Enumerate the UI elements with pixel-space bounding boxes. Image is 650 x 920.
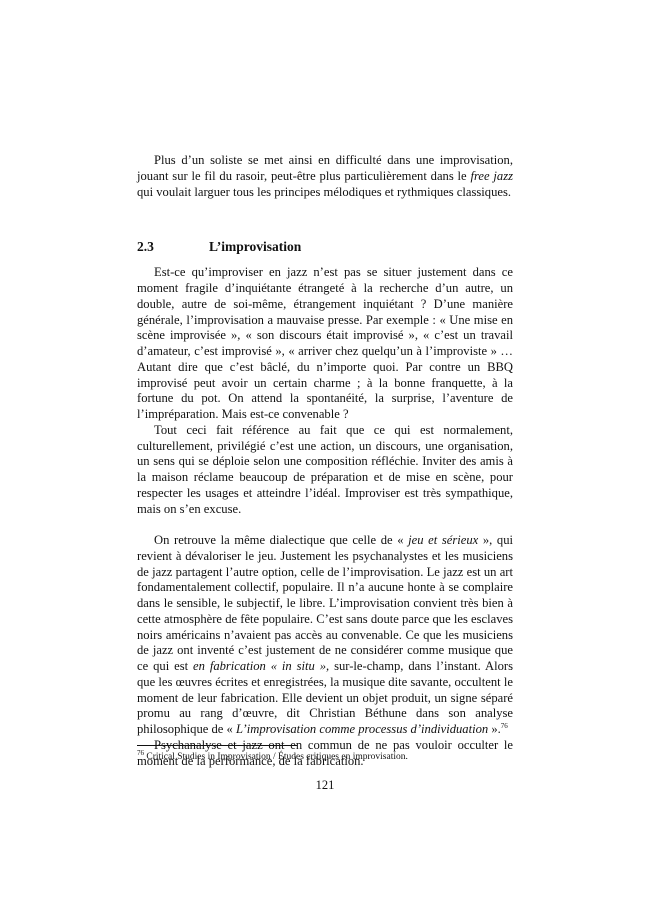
- section-heading: 2.3 L’improvisation: [137, 239, 513, 255]
- footnote-reference[interactable]: 76: [501, 722, 508, 730]
- body-paragraph: Est-ce qu’improviser en jazz n’est pas s…: [137, 265, 513, 423]
- body-paragraph: On retrouve la même dialectique que cell…: [137, 533, 513, 738]
- page-body: Plus d’un soliste se met ainsi en diffic…: [137, 153, 513, 769]
- footnote-divider: [137, 745, 297, 746]
- footnote: 76 Critical Studies in Improvisation / É…: [137, 752, 408, 762]
- section-title: L’improvisation: [209, 239, 301, 255]
- body-paragraph: Tout ceci fait référence au fait que ce …: [137, 423, 513, 518]
- italic-term: free jazz: [470, 169, 513, 183]
- page-number: 121: [0, 778, 650, 793]
- intro-paragraph: Plus d’un soliste se met ainsi en diffic…: [137, 153, 513, 200]
- section-number: 2.3: [137, 239, 209, 255]
